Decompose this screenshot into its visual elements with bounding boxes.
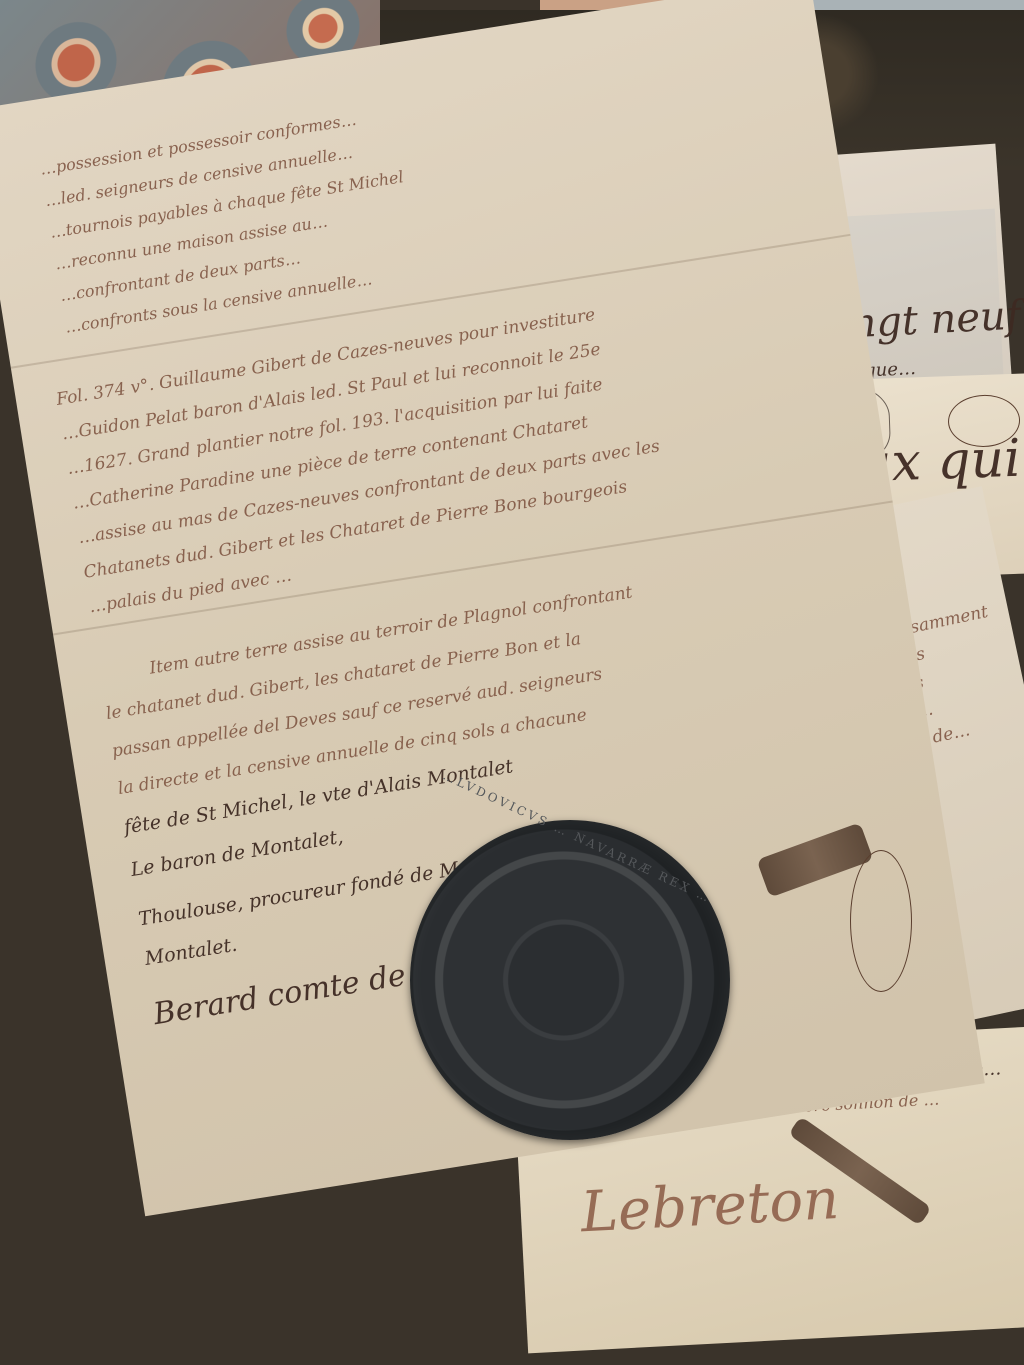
line: Montalet. xyxy=(143,934,238,970)
line: fête de St Michel, le vte d'Alais Montal… xyxy=(122,755,514,838)
signature-baron: Le baron de Montalet, xyxy=(129,826,345,881)
thread xyxy=(850,850,912,992)
wax-seal: …LVDOVICVS … NAVARRÆ REX … xyxy=(410,820,730,1140)
signature-lebreton: Lebreton xyxy=(579,1167,840,1245)
